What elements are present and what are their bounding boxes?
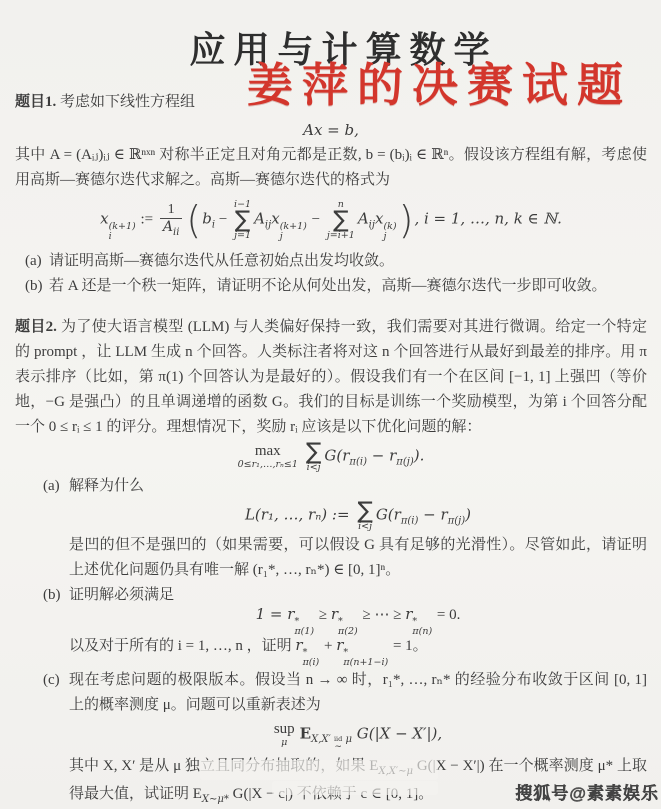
expectation-subscript: X,X′ iid∼ μ xyxy=(311,734,352,745)
problem1-label: 题目1. xyxy=(15,94,56,110)
red-stamp-title: 姜萍的决赛试题 xyxy=(247,62,632,108)
equation-max: max0≤r₁,…,rₙ≤1∑i<jG(rπ(i) − rπ(j)). xyxy=(15,440,647,474)
item-a-lead: 解释为什么 xyxy=(69,474,647,499)
equation-axb: Ax = b, xyxy=(15,117,647,143)
big-paren-right: ) xyxy=(399,198,414,242)
supsub-x-k1-j: (k+1)j xyxy=(280,222,307,242)
supsub-r-star-pin1i: *π(n+1−i) xyxy=(343,648,388,668)
equation-gauss-seidel: x(k+1)i := 1Aii(bi − i−1∑j=1Aijx(k+1)j −… xyxy=(15,194,647,248)
item-label: (c) xyxy=(43,668,69,809)
problem2-label: 题目2. xyxy=(15,319,57,335)
sum-i-less-j: ∑i<j xyxy=(306,442,322,472)
item-label: (a) xyxy=(43,474,69,583)
equation-L: L(r₁, …, rₙ) := ∑i<jG(rπ(i) − rπ(j)) xyxy=(69,499,647,533)
supsub-r-star-pii: *π(i) xyxy=(303,648,320,668)
problem1-paragraph: 其中 A = (Aᵢⱼ)ᵢⱼ ∈ ℝⁿˣⁿ 对称半正定且对角元都是正数, b =… xyxy=(15,143,647,193)
item-label: (a) xyxy=(25,249,49,274)
problem2-item-a: (a) 解释为什么 L(r₁, …, rₙ) := ∑i<jG(rπ(i) − … xyxy=(15,474,647,583)
document-page: 应用与计算数学 姜萍的决赛试题 题目1. 考虑如下线性方程组 Ax = b, 其… xyxy=(0,0,661,809)
sum-i-less-j: ∑i<j xyxy=(357,501,373,531)
sup-operator: supμ xyxy=(274,722,295,748)
expectation-symbol: E xyxy=(300,724,311,742)
fraction-1-over-Aii: 1Aii xyxy=(160,202,183,238)
watermark: 搜狐号@素素娱乐 xyxy=(515,779,659,804)
equation-sup: supμEX,X′ iid∼ μ G(|X − X′|), xyxy=(69,720,647,754)
problem2-heading-paragraph: 题目2. 为了使大语言模型 (LLM) 与人类偏好保持一致，我们需要对其进行微调… xyxy=(15,315,647,440)
item-label: (b) xyxy=(43,583,69,668)
max-operator: max0≤r₁,…,rₙ≤1 xyxy=(238,444,298,470)
supsub-x-k1-i: (k+1)i xyxy=(109,222,136,242)
problem1-intro: 考虑如下线性方程组 xyxy=(60,94,195,110)
sum-ji1-to-n: n∑j=i+1 xyxy=(327,200,355,240)
problem1-item-a: (a) 请证明高斯—赛德尔迭代从任意初始点出发均收敛。 xyxy=(15,249,647,274)
problem2-intro: 为了使大语言模型 (LLM) 与人类偏好保持一致，我们需要对其进行微调。给定一个… xyxy=(15,319,647,435)
item-b-rest: 以及对于所有的 i = 1, …, n ，证明 r*π(i) + r*π(n+1… xyxy=(69,633,647,668)
faded-patch-2 xyxy=(272,781,438,795)
item-text: 请证明高斯—赛德尔迭代从任意初始点出发均收敛。 xyxy=(49,249,647,274)
document-body: 题目1. 考虑如下线性方程组 Ax = b, 其中 A = (Aᵢⱼ)ᵢⱼ ∈ … xyxy=(15,90,647,809)
item-a-rest: 是凹的但不是强凹的（如果需要，可以假设 G 具有足够的光滑性）。尽管如此，请证明… xyxy=(69,533,647,583)
problem2-item-b: (b) 证明解必须满足 1 = r*π(1) ≥ r*π(2) ≥ ⋯ ≥ r*… xyxy=(15,583,647,668)
item-label: (b) xyxy=(25,274,49,299)
sum-j1-to-i-1: i−1∑j=1 xyxy=(234,200,251,240)
equation-chain: 1 = r*π(1) ≥ r*π(2) ≥ ⋯ ≥ r*π(n) = 0. xyxy=(69,608,647,633)
problem1-item-b: (b) 若 A 还是一个秩一矩阵，请证明不论从何处出发，高斯—赛德尔迭代一步即可… xyxy=(15,274,647,299)
item-text: 若 A 还是一个秩一矩阵，请证明不论从何处出发，高斯—赛德尔迭代一步即可收敛。 xyxy=(49,274,647,299)
faded-patch-1 xyxy=(200,760,438,780)
big-paren-left: ( xyxy=(186,198,201,242)
supsub-x-k-j: (k)j xyxy=(383,222,396,242)
item-c-lead: 现在考虑问题的极限版本。假设当 n → ∞ 时，r₁*, …, rₙ* 的经验分… xyxy=(69,668,647,718)
